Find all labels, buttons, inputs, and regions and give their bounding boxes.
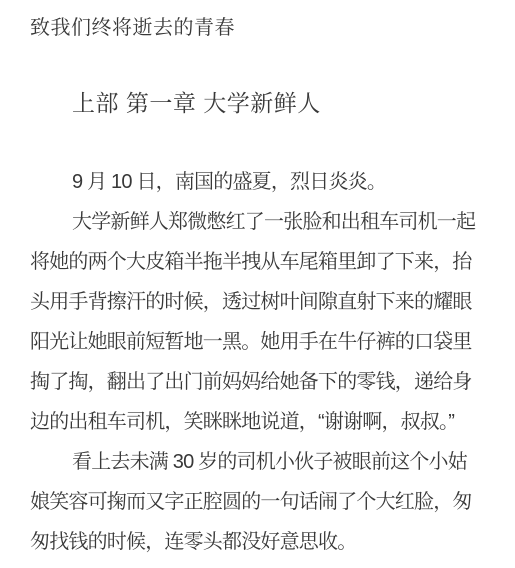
text-line: 9 月 10 日，南国的盛夏，烈日炎炎。 [30, 162, 497, 202]
chapter-heading: 上部 第一章 大学新鲜人 [30, 83, 497, 123]
text-line: 娘笑容可掬而又字正腔圆的一句话闹了个大红脸，匆 [30, 482, 497, 522]
text-line: 头用手背擦汗的时候，透过树叶间隙直射下来的耀眼 [30, 282, 497, 322]
body-text: 9 月 10 日，南国的盛夏，烈日炎炎。大学新鲜人郑微憋红了一张脸和出租车司机一… [30, 162, 497, 562]
book-title: 致我们终将逝去的青春 [30, 8, 497, 48]
text-line: 掏了掏，翻出了出门前妈妈给她备下的零钱，递给身 [30, 362, 497, 402]
text-line: 大学新鲜人郑微憋红了一张脸和出租车司机一起 [30, 202, 497, 242]
text-line: 匆找钱的时候，连零头都没好意思收。 [30, 522, 497, 562]
ebook-page: 致我们终将逝去的青春 上部 第一章 大学新鲜人 9 月 10 日，南国的盛夏，烈… [0, 0, 515, 568]
text-line: 阳光让她眼前短暂地一黑。她用手在牛仔裤的口袋里 [30, 322, 497, 362]
text-line: 看上去未满 30 岁的司机小伙子被眼前这个小姑 [30, 442, 497, 482]
text-line: 将她的两个大皮箱半拖半拽从车尾箱里卸了下来，抬 [30, 242, 497, 282]
text-line: 边的出租车司机，笑眯眯地说道，“谢谢啊，叔叔。” [30, 402, 497, 442]
